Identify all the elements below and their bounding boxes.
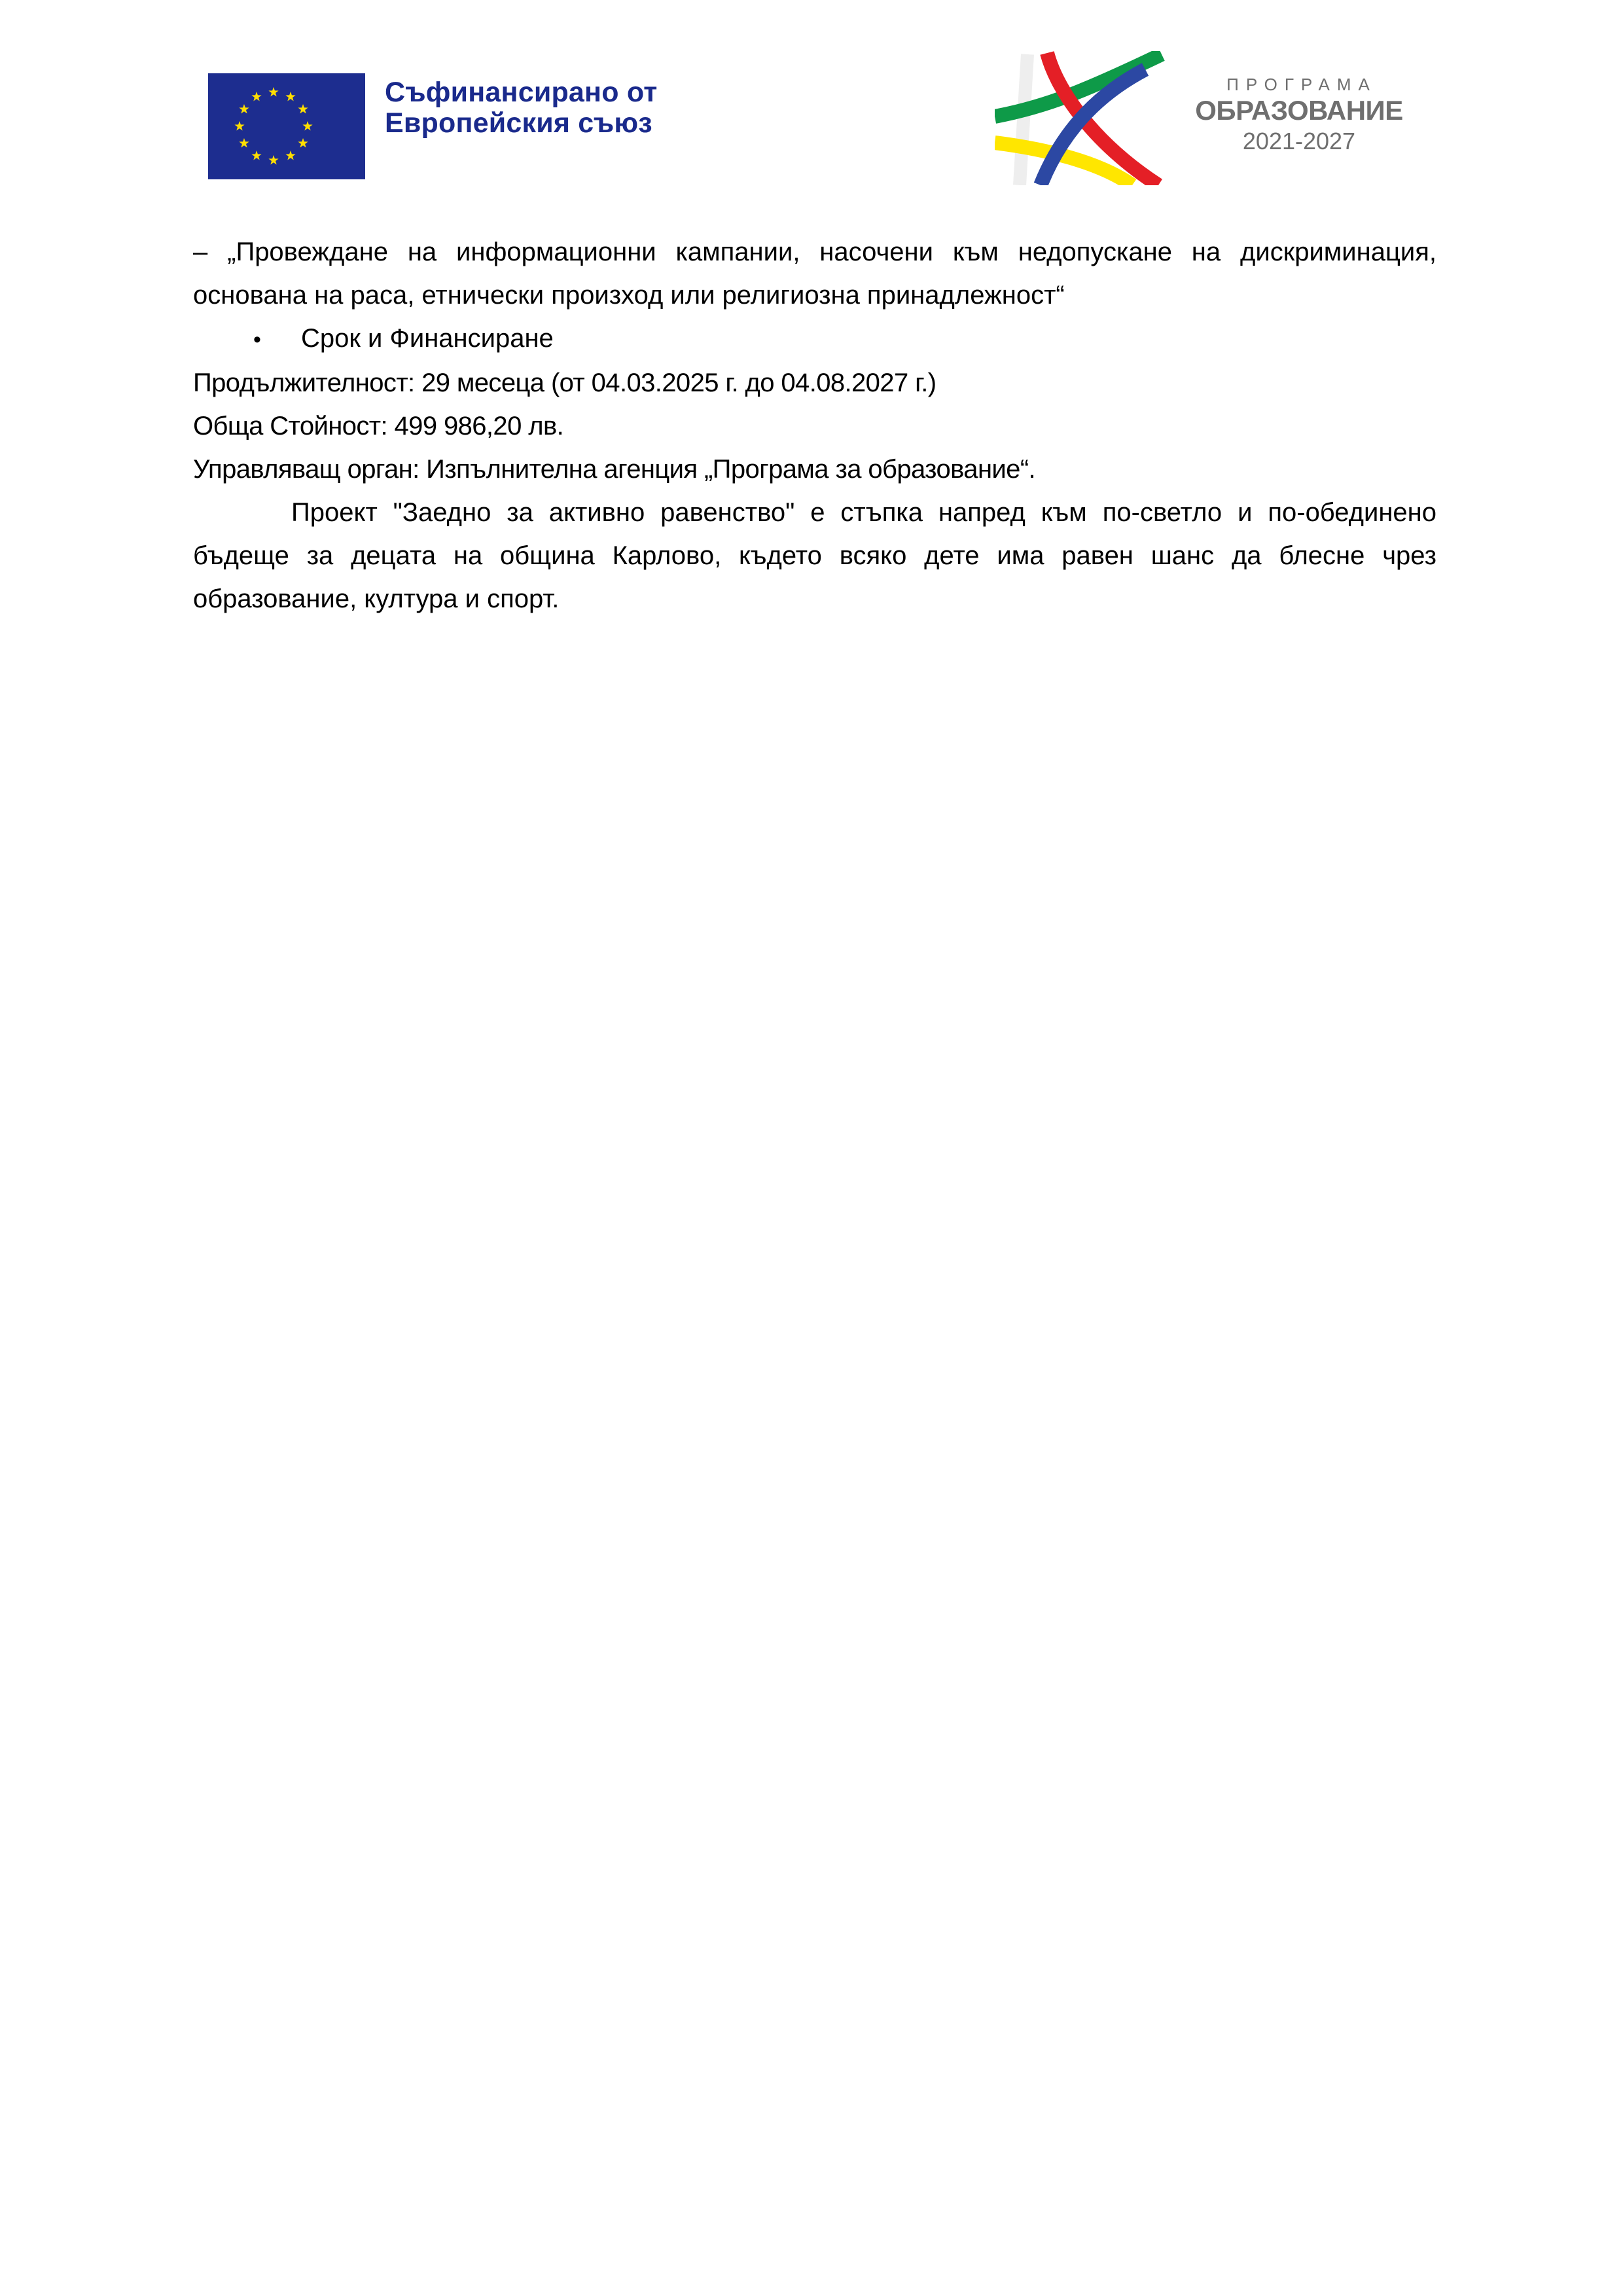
programme-label: ПРОГРАМА ОБРАЗОВАНИЕ 2021-2027 [1178, 73, 1420, 157]
closing-paragraph: Проект "Заедно за активно равенство" е с… [193, 491, 1436, 620]
programme-ribbons-icon [995, 51, 1168, 185]
total-value-line: Обща Стойност: 499 986,20 лв. [193, 404, 1436, 448]
managing-body-line: Управляващ орган: Изпълнителна агенция „… [193, 448, 1436, 491]
document-page: Съфинансирано от Европейския съюз ПРОГРА… [0, 0, 1623, 2296]
section-heading: Срок и Финансиране [301, 317, 554, 360]
programme-label-small: ПРОГРАМА [1178, 73, 1420, 96]
eu-label-line1: Съфинансирано от [385, 77, 658, 108]
programme-years: 2021-2027 [1178, 126, 1420, 157]
programme-label-big: ОБРАЗОВАНИЕ [1178, 96, 1420, 126]
eu-cofunded-label: Съфинансирано от Европейския съюз [385, 77, 658, 139]
duration-line: Продължителност: 29 месеца (от 04.03.202… [193, 361, 1436, 404]
document-body: – „Провеждане на информационни кампании,… [193, 230, 1436, 620]
bullet-icon: • [193, 318, 301, 361]
eu-label-line2: Европейския съюз [385, 108, 658, 139]
eu-flag-icon [208, 73, 365, 179]
section-heading-bullet: • Срок и Финансиране [193, 317, 1436, 361]
campaign-quote-paragraph: – „Провеждане на информационни кампании,… [193, 230, 1436, 317]
